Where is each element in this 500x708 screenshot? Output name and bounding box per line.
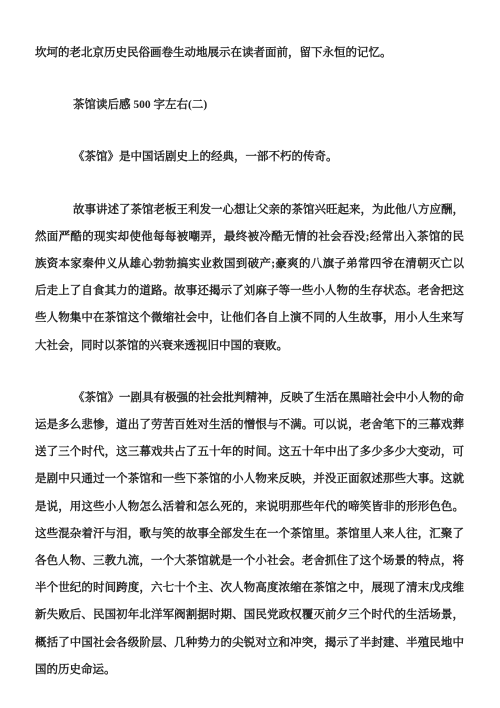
paragraph-story-summary: 故事讲述了茶馆老板王利发一心想让父亲的茶馆兴旺起来，为此他八方应酬，然面严酷的现… (35, 197, 464, 360)
paragraph-intro: 《茶馆》是中国话剧史上的经典，一部不朽的传奇。 (35, 144, 464, 171)
paragraph-continuation: 坎坷的老北京历史民俗画卷生动地展示在读者面前，留下永恒的记忆。 (35, 40, 464, 67)
section-heading: 茶馆读后感 500 字左右(二) (35, 92, 464, 119)
paragraph-analysis: 《茶馆》一剧具有极强的社会批判精神，反映了生活在黑暗社会中小人物的命运是多么悲惨… (35, 385, 464, 684)
document-page: 坎坷的老北京历史民俗画卷生动地展示在读者面前，留下永恒的记忆。 茶馆读后感 50… (0, 0, 500, 708)
